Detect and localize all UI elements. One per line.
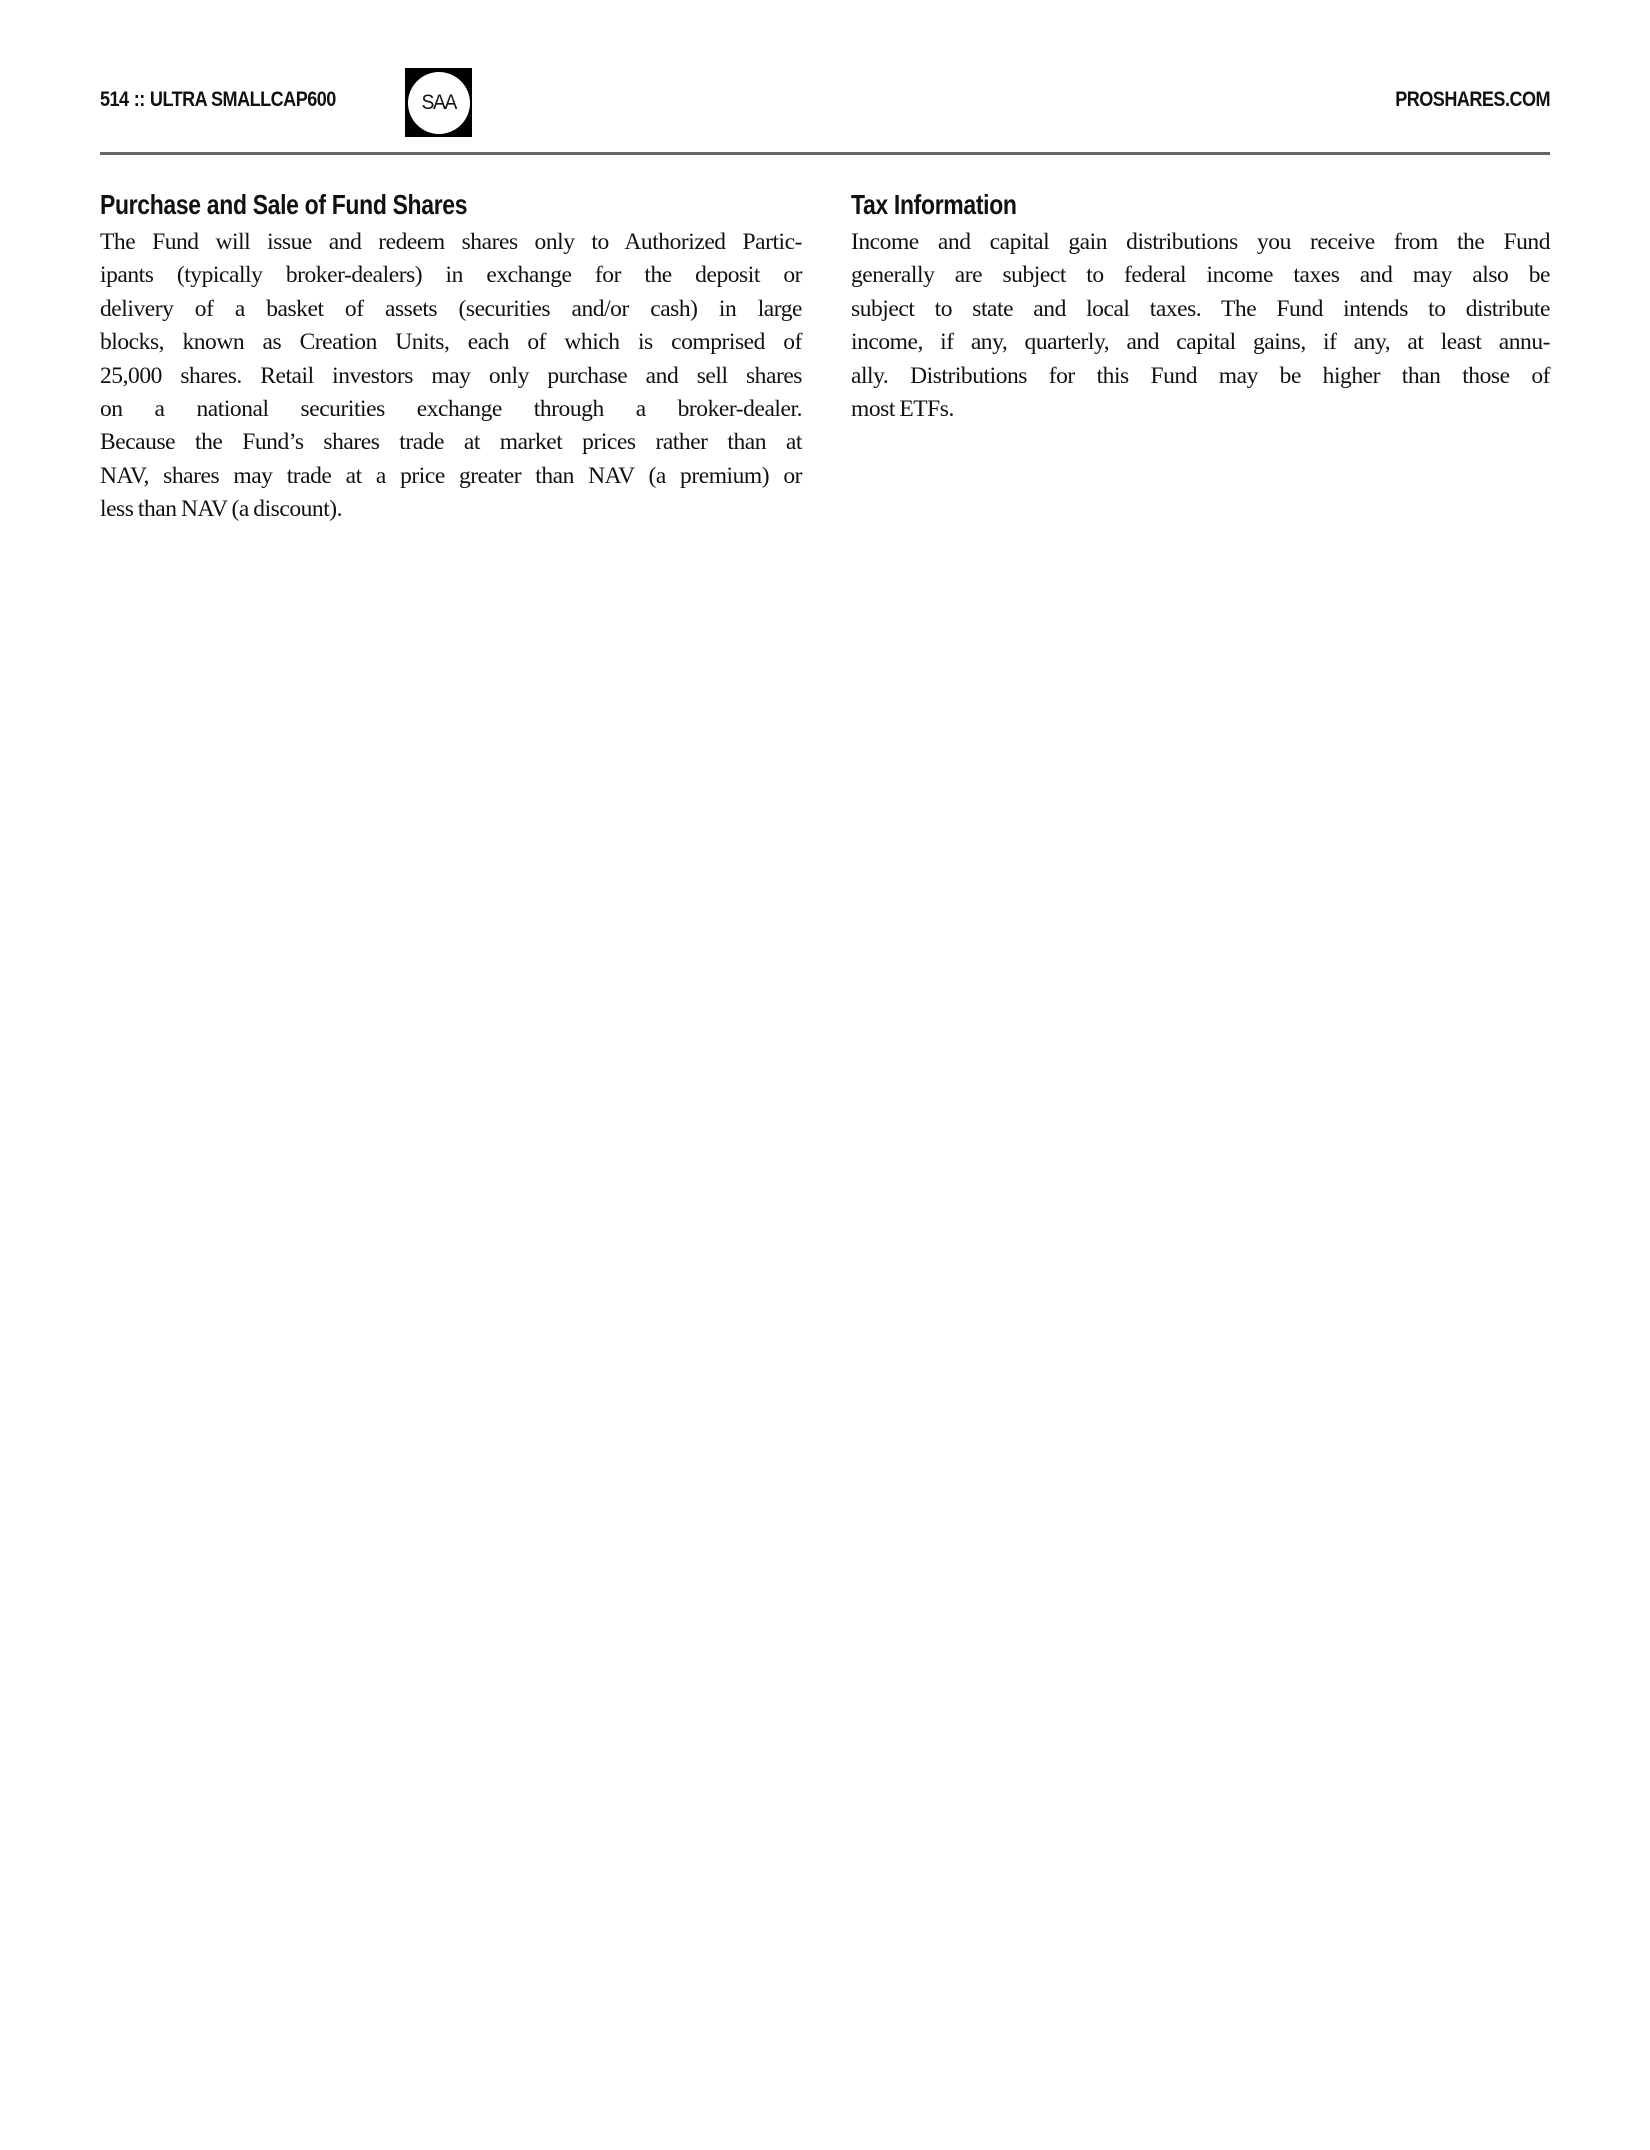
text-line: 25,000 shares. Retail investors may only… (100, 360, 802, 393)
running-head-left: 514::ULTRA SMALLCAP600 (100, 88, 336, 112)
ticker-badge: SAA (405, 68, 472, 137)
text-line: ally. Distributions for this Fund may be… (851, 360, 1550, 393)
section-heading: Purchase and Sale of Fund Shares (100, 188, 676, 222)
text-line: on a national securities exchange throug… (100, 393, 802, 426)
text-line: ipants (typically broker-dealers) in exc… (100, 259, 802, 292)
ticker-symbol: SAA (421, 91, 456, 115)
website-label: PROSHARES.COM (1395, 88, 1550, 112)
text-line: most ETFs. (851, 393, 1550, 426)
section-purchase-and-sale: Purchase and Sale of Fund Shares The Fun… (100, 188, 802, 527)
section-body: The Fund will issue and redeem shares on… (100, 226, 802, 527)
text-line: delivery of a basket of assets (securiti… (100, 293, 802, 326)
text-line: Income and capital gain distributions yo… (851, 226, 1550, 259)
text-line: less than NAV (a discount). (100, 493, 802, 526)
text-line: generally are subject to federal income … (851, 259, 1550, 292)
ticker-circle-icon: SAA (408, 72, 470, 134)
text-line: subject to state and local taxes. The Fu… (851, 293, 1550, 326)
page-header: 514::ULTRA SMALLCAP600 SAA PROSHARES.COM (100, 66, 1550, 140)
text-line: The Fund will issue and redeem shares on… (100, 226, 802, 259)
text-line: Because the Fund’s shares trade at marke… (100, 426, 802, 459)
text-line: blocks, known as Creation Units, each of… (100, 326, 802, 359)
separator: :: (134, 88, 145, 111)
page-number: 514 (100, 88, 129, 111)
fund-name: ULTRA SMALLCAP600 (150, 88, 336, 111)
section-tax-information: Tax Information Income and capital gain … (851, 188, 1550, 426)
text-line: income, if any, quarterly, and capital g… (851, 326, 1550, 359)
header-divider (100, 152, 1550, 155)
section-body: Income and capital gain distributions yo… (851, 226, 1550, 426)
text-line: NAV, shares may trade at a price greater… (100, 460, 802, 493)
section-heading: Tax Information (851, 188, 1424, 222)
